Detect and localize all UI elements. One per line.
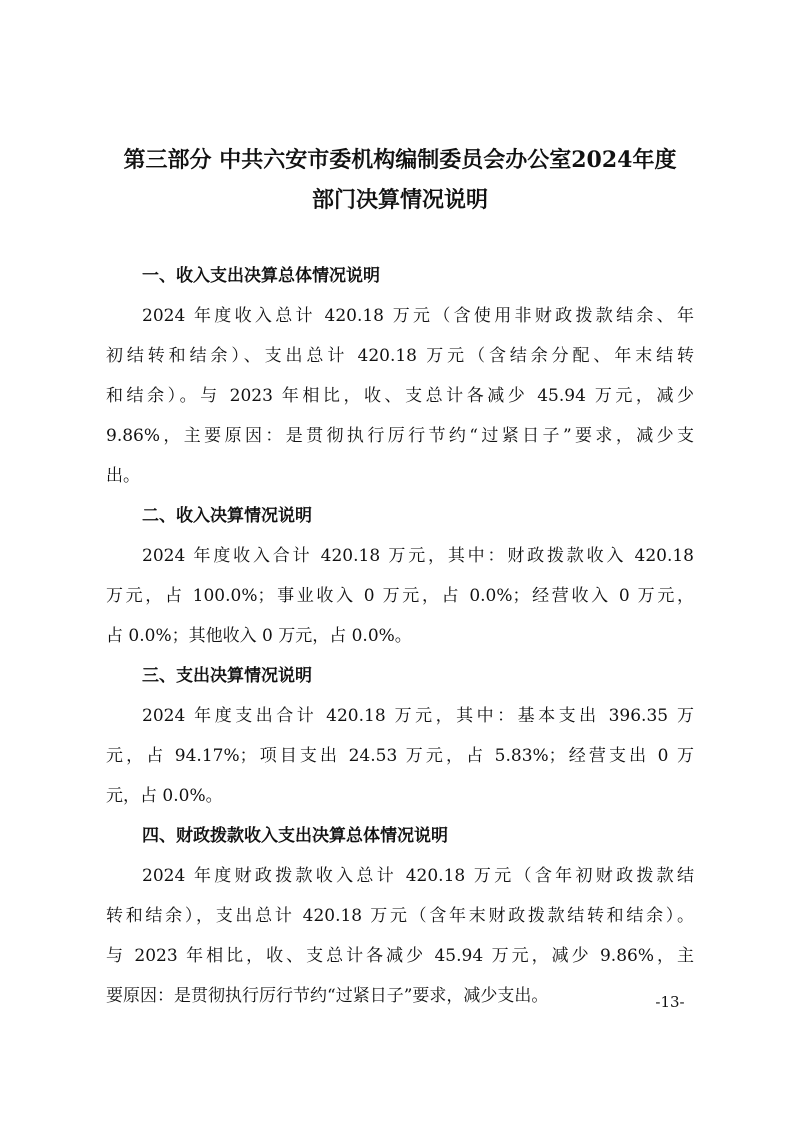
paragraph-line: 出。 — [106, 456, 694, 496]
paragraph-line: 元，占 0.0%。 — [106, 776, 694, 816]
paragraph-line: 2024 年度支出合计 420.18 万元，其中：基本支出 396.35 万 — [106, 696, 694, 736]
section-overall-income-expenditure: 一、收入支出决算总体情况说明 2024 年度收入总计 420.18 万元（含使用… — [106, 256, 694, 496]
section-heading: 二、收入决算情况说明 — [106, 496, 694, 536]
paragraph-line: 元，占 94.17%；项目支出 24.53 万元，占 5.83%；经营支出 0 … — [106, 736, 694, 776]
section-expenditure: 三、支出决算情况说明 2024 年度支出合计 420.18 万元，其中：基本支出… — [106, 656, 694, 816]
paragraph-line: 2024 年度收入总计 420.18 万元（含使用非财政拨款结余、年 — [106, 296, 694, 336]
paragraph-line: 要原因：是贯彻执行厉行节约“过紧日子”要求，减少支出。 — [106, 976, 694, 1016]
paragraph-line: 初结转和结余）、支出总计 420.18 万元（含结余分配、年末结转 — [106, 336, 694, 376]
paragraph-line: 占 0.0%；其他收入 0 万元，占 0.0%。 — [106, 616, 694, 656]
section-heading: 一、收入支出决算总体情况说明 — [106, 256, 694, 296]
section-heading: 三、支出决算情况说明 — [106, 656, 694, 696]
section-heading: 四、财政拨款收入支出决算总体情况说明 — [106, 816, 694, 856]
paragraph-line: 和结余）。与 2023 年相比，收、支总计各减少 45.94 万元，减少 — [106, 376, 694, 416]
document-title-line-2: 部门决算情况说明 — [100, 182, 700, 218]
paragraph-line: 2024 年度收入合计 420.18 万元，其中：财政拨款收入 420.18 — [106, 536, 694, 576]
document-body: 一、收入支出决算总体情况说明 2024 年度收入总计 420.18 万元（含使用… — [106, 256, 694, 1016]
paragraph-line: 转和结余），支出总计 420.18 万元（含年末财政拨款结转和结余）。 — [106, 896, 694, 936]
paragraph-line: 2024 年度财政拨款收入总计 420.18 万元（含年初财政拨款结 — [106, 856, 694, 896]
page-number: -13- — [640, 993, 700, 1011]
paragraph-line: 9.86%，主要原因：是贯彻执行厉行节约“过紧日子”要求，减少支 — [106, 416, 694, 456]
section-fiscal-appropriation: 四、财政拨款收入支出决算总体情况说明 2024 年度财政拨款收入总计 420.1… — [106, 816, 694, 1016]
section-income: 二、收入决算情况说明 2024 年度收入合计 420.18 万元，其中：财政拨款… — [106, 496, 694, 656]
paragraph-line: 与 2023 年相比，收、支总计各减少 45.94 万元，减少 9.86%，主 — [106, 936, 694, 976]
paragraph-line: 万元，占 100.0%；事业收入 0 万元，占 0.0%；经营收入 0 万元， — [106, 576, 694, 616]
document-title-line-1: 第三部分 中共六安市委机构编制委员会办公室2024年度 — [100, 142, 700, 178]
document-page: 第三部分 中共六安市委机构编制委员会办公室2024年度 部门决算情况说明 一、收… — [0, 0, 793, 1122]
